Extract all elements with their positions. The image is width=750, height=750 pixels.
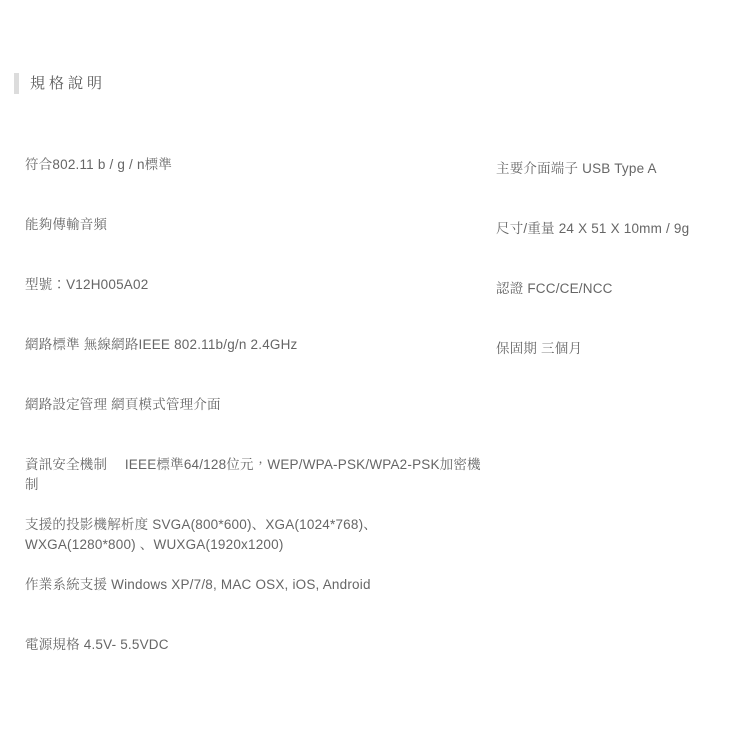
spec-row-certification: 認證 FCC/CE/NCC	[496, 279, 746, 299]
spec-row-interface: 主要介面端子 USB Type A	[496, 159, 746, 179]
spec-row-network-management: 網路設定管理 網頁模式管理介面	[25, 395, 485, 415]
section-accent-bar	[14, 73, 19, 94]
spec-row-audio: 能夠傳輸音頻	[25, 215, 485, 235]
spec-row-os-support: 作業系統支援 Windows XP/7/8, MAC OSX, iOS, And…	[25, 575, 485, 595]
spec-row-power: 電源規格 4.5V- 5.5VDC	[25, 635, 485, 655]
specs-right-column: 主要介面端子 USB Type A 尺寸/重量 24 X 51 X 10mm /…	[496, 159, 746, 399]
spec-row-model: 型號：V12H005A02	[25, 275, 485, 295]
section-title: 規格說明	[30, 73, 106, 94]
spec-row-network-standard: 網路標準 無線網路IEEE 802.11b/g/n 2.4GHz	[25, 335, 485, 355]
section-header: 規格說明	[14, 73, 106, 94]
spec-row-dimensions: 尺寸/重量 24 X 51 X 10mm / 9g	[496, 219, 746, 239]
spec-row-resolution: 支援的投影機解析度 SVGA(800*600)、XGA(1024*768)、WX…	[25, 515, 485, 535]
spec-row-warranty: 保固期 三個月	[496, 339, 746, 359]
specs-left-column: 符合802.11 b / g / n標準 能夠傳輸音頻 型號：V12H005A0…	[25, 155, 485, 695]
spec-page: 規格說明 符合802.11 b / g / n標準 能夠傳輸音頻 型號：V12H…	[0, 0, 750, 750]
spec-row-security: 資訊安全機制 IEEE標準64/128位元，WEP/WPA-PSK/WPA2-P…	[25, 455, 485, 475]
spec-row-standard: 符合802.11 b / g / n標準	[25, 155, 485, 175]
